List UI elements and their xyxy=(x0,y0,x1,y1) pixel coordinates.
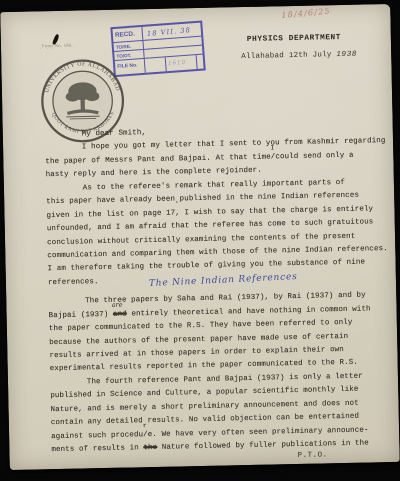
pto-note: P.T.O. xyxy=(298,451,328,460)
handwritten-insertion: are xyxy=(112,302,123,309)
struck-text: the xyxy=(143,442,157,456)
dateline: Allahabad 12th July 1938 xyxy=(241,51,357,61)
struck-text: andare xyxy=(113,308,127,322)
pencil-file-number: 18/4/6/25 xyxy=(281,7,331,20)
stamp-file-gap xyxy=(145,58,166,73)
typed-insertion: ' xyxy=(175,201,179,207)
department-heading: PHYSICS DEPARTMENT xyxy=(247,34,341,44)
date-year: 1938 xyxy=(336,51,357,59)
typed-insertion: r xyxy=(143,423,147,429)
typed-insertion: ' xyxy=(225,173,229,179)
typed-text: Bajpai (1937) xyxy=(48,309,113,324)
photo-stage: · ·· Form No. 186. RECD. 18 VII. 38 TO/R… xyxy=(0,0,400,481)
typed-text: references. xyxy=(48,276,99,291)
form-number: Form No. 186. xyxy=(42,43,73,49)
letter-body: My dear Smith, I hope you got my letter … xyxy=(45,122,400,458)
typed-text: ments of results in xyxy=(51,442,143,457)
stamp-label-recd: RECD. xyxy=(112,27,143,42)
stamp-file-number: 1610 xyxy=(165,55,198,71)
received-stamp: RECD. 18 VII. 38 TO/RE. TO/OT. FILE No. … xyxy=(110,21,205,77)
place-date: Allahabad 12th July xyxy=(241,51,332,61)
stamp-file-cells: 1610 xyxy=(145,55,204,73)
typed-insertion: I xyxy=(271,145,275,151)
letter-paper: · ·· Form No. 186. RECD. 18 VII. 38 TO/R… xyxy=(0,4,400,470)
